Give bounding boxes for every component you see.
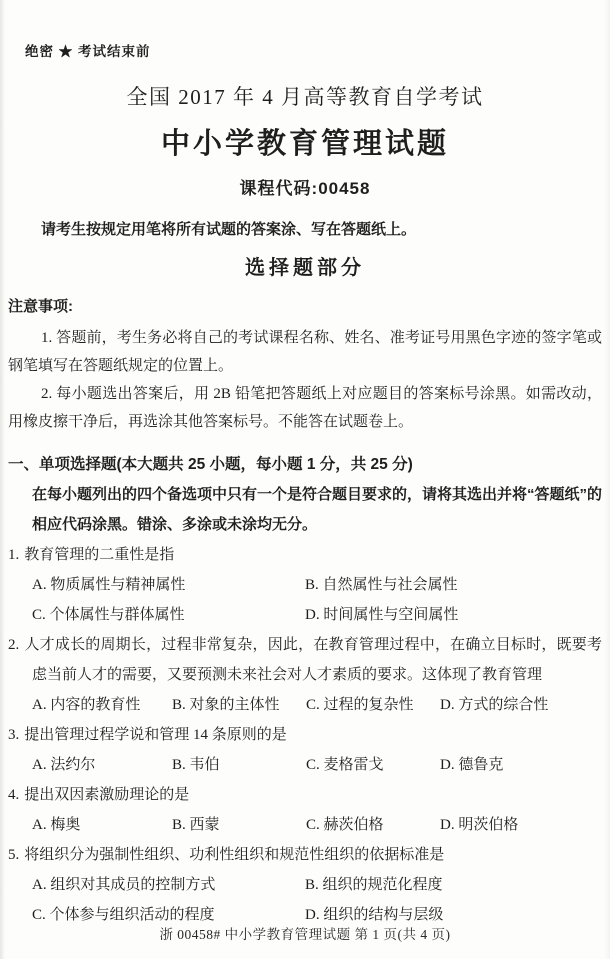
- exam-session-title: 全国 2017 年 4 月高等教育自学考试: [8, 84, 602, 110]
- question-1: 1.教育管理的二重性是指 A. 物质属性与精神属性 B. 自然属性与社会属性 C…: [8, 540, 602, 630]
- part1-heading: 一、单项选择题(本大题共 25 小题，每小题 1 分，共 25 分): [8, 450, 602, 480]
- section-title-multiple-choice: 选择题部分: [8, 254, 602, 282]
- question-text: 人才成长的周期长，过程非常复杂，因此，在教育管理过程中，在确立目标时，既要考虑当…: [24, 637, 602, 683]
- option-a: A. 物质属性与精神属性: [32, 570, 305, 600]
- options-group: A. 物质属性与精神属性 B. 自然属性与社会属性 C. 个体属性与群体属性 D…: [32, 570, 602, 630]
- option-c: C. 过程的复杂性: [306, 690, 440, 720]
- option-d: D. 明茨伯格: [440, 810, 602, 840]
- course-code: 课程代码:00458: [8, 178, 602, 200]
- question-stem: 5.将组织分为强制性组织、功利性组织和规范性组织的依据标准是: [8, 840, 602, 870]
- options-group: A. 法约尔 B. 韦伯 C. 麦格雷戈 D. 德鲁克: [32, 750, 602, 780]
- notes-heading: 注意事项:: [8, 296, 602, 318]
- question-text: 提出双因素激励理论的是: [24, 787, 189, 803]
- question-2: 2.人才成长的周期长，过程非常复杂，因此，在教育管理过程中，在确立目标时，既要考…: [8, 630, 602, 720]
- question-number: 5.: [8, 847, 19, 863]
- question-number: 3.: [8, 727, 19, 743]
- options-group: A. 组织对其成员的控制方式 B. 组织的规范化程度 C. 个体参与组织活动的程…: [32, 870, 602, 930]
- question-4: 4.提出双因素激励理论的是 A. 梅奥 B. 西蒙 C. 赫茨伯格 D. 明茨伯…: [8, 780, 602, 840]
- question-text: 提出管理过程学说和管理 14 条原则的是: [24, 727, 287, 743]
- question-3: 3.提出管理过程学说和管理 14 条原则的是 A. 法约尔 B. 韦伯 C. 麦…: [8, 720, 602, 780]
- option-a: A. 组织对其成员的控制方式: [32, 870, 305, 900]
- question-number: 1.: [8, 547, 19, 563]
- question-number: 2.: [8, 637, 19, 653]
- option-a: A. 梅奥: [32, 810, 172, 840]
- exam-subject-title: 中小学教育管理试题: [8, 124, 602, 164]
- question-stem: 4.提出双因素激励理论的是: [8, 780, 602, 810]
- question-stem: 2.人才成长的周期长，过程非常复杂，因此，在教育管理过程中，在确立目标时，既要考…: [8, 630, 602, 690]
- options-group: A. 内容的教育性 B. 对象的主体性 C. 过程的复杂性 D. 方式的综合性: [32, 690, 602, 720]
- option-b: B. 西蒙: [172, 810, 306, 840]
- option-c: C. 赫茨伯格: [306, 810, 440, 840]
- exam-paper-page: 绝密 ★ 考试结束前 全国 2017 年 4 月高等教育自学考试 中小学教育管理…: [0, 0, 610, 959]
- option-d: D. 德鲁克: [440, 750, 602, 780]
- option-b: B. 韦伯: [172, 750, 306, 780]
- page-footer: 浙 00458# 中小学教育管理试题 第 1 页(共 4 页): [0, 926, 610, 944]
- note-item-2: 2. 每小题选出答案后，用 2B 铅笔把答题纸上对应题目的答案标号涂黑。如需改动…: [8, 380, 602, 436]
- question-stem: 3.提出管理过程学说和管理 14 条原则的是: [8, 720, 602, 750]
- option-b: B. 自然属性与社会属性: [305, 570, 602, 600]
- question-text: 将组织分为强制性组织、功利性组织和规范性组织的依据标准是: [24, 847, 444, 863]
- note-item-1: 1. 答题前，考生务必将自己的考试课程名称、姓名、准考证号用黑色字迹的签字笔或钢…: [8, 324, 602, 380]
- option-a: A. 内容的教育性: [32, 690, 172, 720]
- options-group: A. 梅奥 B. 西蒙 C. 赫茨伯格 D. 明茨伯格: [32, 810, 602, 840]
- question-stem: 1.教育管理的二重性是指: [8, 540, 602, 570]
- option-d: D. 方式的综合性: [440, 690, 602, 720]
- question-text: 教育管理的二重性是指: [24, 547, 174, 563]
- option-c: C. 麦格雷戈: [306, 750, 440, 780]
- question-number: 4.: [8, 787, 19, 803]
- secret-classification-label: 绝密 ★ 考试结束前: [25, 44, 602, 60]
- answer-sheet-instruction: 请考生按规定用笔将所有试题的答案涂、写在答题纸上。: [8, 218, 602, 242]
- question-5: 5.将组织分为强制性组织、功利性组织和规范性组织的依据标准是 A. 组织对其成员…: [8, 840, 602, 930]
- option-c: C. 个体属性与群体属性: [32, 600, 305, 630]
- option-a: A. 法约尔: [32, 750, 172, 780]
- option-d: D. 时间属性与空间属性: [305, 600, 602, 630]
- option-b: B. 对象的主体性: [172, 690, 306, 720]
- part1-intro: 在每小题列出的四个备选项中只有一个是符合题目要求的，请将其选出并将“答题纸”的相…: [32, 480, 602, 540]
- option-b: B. 组织的规范化程度: [305, 870, 602, 900]
